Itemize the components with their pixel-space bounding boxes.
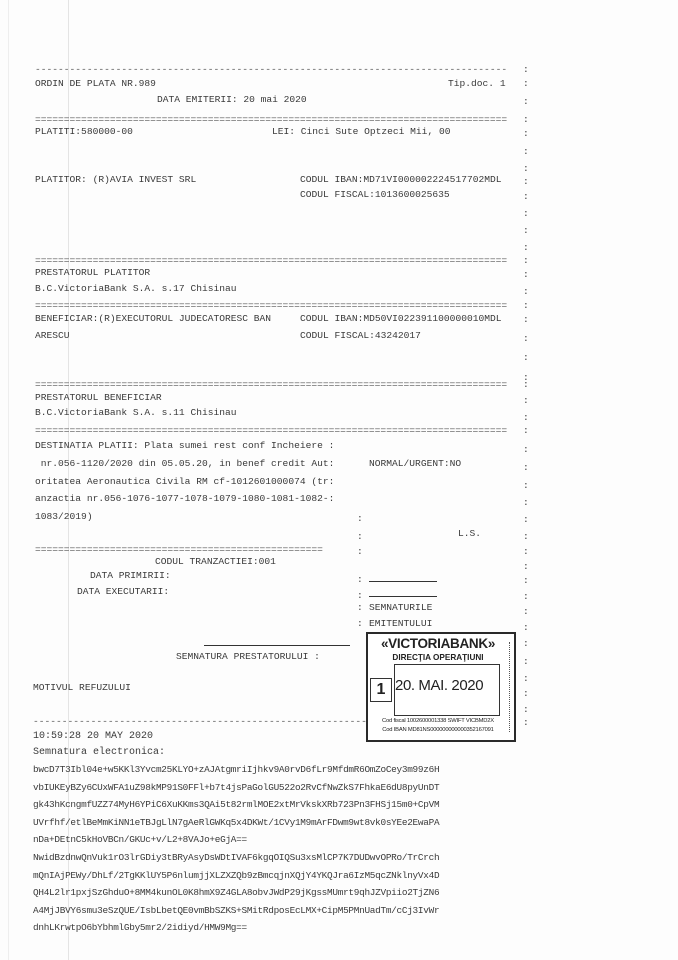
urgency-flag: NORMAL/URGENT:NO: [369, 458, 461, 470]
signature-timestamp: 10:59:28 20 MAY 2020: [33, 731, 153, 743]
beneficiary-name: BENEFICIAR:(R)EXECUTORUL JUDECATORESC BA…: [35, 313, 271, 325]
double-rule: ========================================…: [35, 379, 527, 391]
date-received-label: DATA PRIMIRII:: [90, 570, 171, 582]
amount-paid: PLATITI:580000-00: [35, 126, 133, 138]
payer-bank: B.C.VictoriaBank S.A. s.17 Chisinau: [35, 283, 237, 295]
stamp-date: 20. MAI. 2020: [395, 677, 483, 694]
payer-name: PLATITOR: (R)AVIA INVEST SRL: [35, 174, 196, 186]
transaction-code: CODUL TRANZACTIEI:001: [155, 556, 276, 568]
date-executed-field: [369, 596, 437, 597]
seal-placeholder: L.S.: [458, 528, 481, 540]
provider-signature-line: [204, 645, 350, 646]
payment-purpose-line: anzactia nr.056-1076-1077-1078-1079-1080…: [35, 493, 334, 505]
esign-line: gk43hKcngmfUZZ74MyH6YPiC6XuKKms3QAi5t82r…: [33, 799, 439, 811]
esign-line: dnhLKrwtpO6bYbhmlGby5mr2/2idiyd/HMW9Mg==: [33, 922, 247, 934]
beneficiary-iban: CODUL IBAN:MD50VI022391100000010MDL: [300, 313, 502, 325]
double-rule: ========================================…: [35, 255, 527, 267]
beneficiary-name-cont: ARESCU: [35, 330, 70, 342]
beneficiary-fiscal-code: CODUL FISCAL:43242017: [300, 330, 421, 342]
stamp-department: DIRECŢIA OPERAŢIUNI: [368, 653, 508, 662]
esign-line: vbIUKEyBZy6CUxWFA1uZ98kMP91S0FFl+b7t4jsP…: [33, 782, 439, 794]
date-received-field: [369, 581, 437, 582]
esign-line: NwidBzdnwQnVuk1rO3lrGDiy3tBRyAsyDsWDtIVA…: [33, 852, 439, 864]
payment-purpose-line: oritatea Aeronautica Civila RM cf-101260…: [35, 476, 334, 488]
payment-order-document: ----------------------------------------…: [0, 0, 678, 960]
beneficiary-bank-heading: PRESTATORUL BENEFICIAR: [35, 392, 162, 404]
double-rule: ========================================…: [35, 300, 527, 312]
stamp-fiscal-line: Cod fiscal 1002600001338 SWIFT VICBMD2X: [368, 718, 508, 724]
esign-line: QH4L2lr1pxjSzGhduO+8MM4kunOL0K8hmX9Z4GLA…: [33, 887, 439, 899]
payment-purpose-line: nr.056-1120/2020 din 05.05.20, in benef …: [35, 458, 334, 470]
stamp-number: 1: [370, 678, 392, 702]
payer-iban: CODUL IBAN:MD71VI000002224517702MDL: [300, 174, 502, 186]
amount-words: LEI: Cinci Sute Optzeci Mii, 00: [272, 126, 450, 138]
refusal-reason-label: MOTIVUL REFUZULUI: [33, 682, 131, 694]
esign-label: Semnatura electronica:: [33, 747, 165, 759]
double-rule: ========================================…: [35, 114, 527, 126]
beneficiary-bank: B.C.VictoriaBank S.A. s.11 Chisinau: [35, 407, 237, 419]
stamp-iban-line: Cod IBAN MD81NS000000000000352167091: [368, 727, 508, 733]
double-rule: ========================================…: [35, 544, 365, 556]
issue-date: DATA EMITERII: 20 mai 2020: [157, 94, 307, 106]
doc-type: Tip.doc. 1: [448, 78, 506, 90]
document-title: ORDIN DE PLATA NR.989: [35, 78, 156, 90]
page-edge: [8, 0, 9, 960]
date-executed-label: DATA EXECUTARII:: [77, 586, 169, 598]
bank-stamp: «VICTORIABANK» DIRECŢIA OPERAŢIUNI 1 20.…: [366, 632, 516, 742]
payer-bank-heading: PRESTATORUL PLATITOR: [35, 267, 150, 279]
issuer-signatures-label-cont: EMITENTULUI: [369, 618, 432, 630]
dashed-rule: ----------------------------------------…: [35, 64, 527, 76]
payment-purpose-line: DESTINATIA PLATII: Plata sumei rest conf…: [35, 440, 334, 452]
provider-signature-label: SEMNATURA PRESTATORULUI :: [176, 651, 320, 663]
esign-line: A4MjJBVY6smu3eSzQUE/IsbLbetQE0vmBbSZKS+S…: [33, 905, 439, 917]
stamp-bank-name: «VICTORIABANK»: [368, 636, 508, 651]
esign-line: nDa+DEtnC5kHoVBCn/GKUc+v/L2+8VAJo+eGjA==: [33, 834, 247, 846]
payment-purpose-line: 1083/2019): [35, 511, 93, 523]
esign-line: bwcD7T3Ibl04e+w5KKl3Yvcm25KLYO+zAJAtgmri…: [33, 764, 439, 776]
esign-line: UVrfhf/etlBeMmKiNN1eTBJgLlN7gAeRlGWKq5x4…: [33, 817, 439, 829]
double-rule: ========================================…: [35, 425, 527, 437]
issuer-signatures-label: SEMNATURILE: [369, 602, 432, 614]
payer-fiscal-code: CODUL FISCAL:1013600025635: [300, 189, 450, 201]
esign-line: mQnIAjPEWy/DhLf/2TgKKlUY5P6nlumjjXLZXZQb…: [33, 870, 439, 882]
